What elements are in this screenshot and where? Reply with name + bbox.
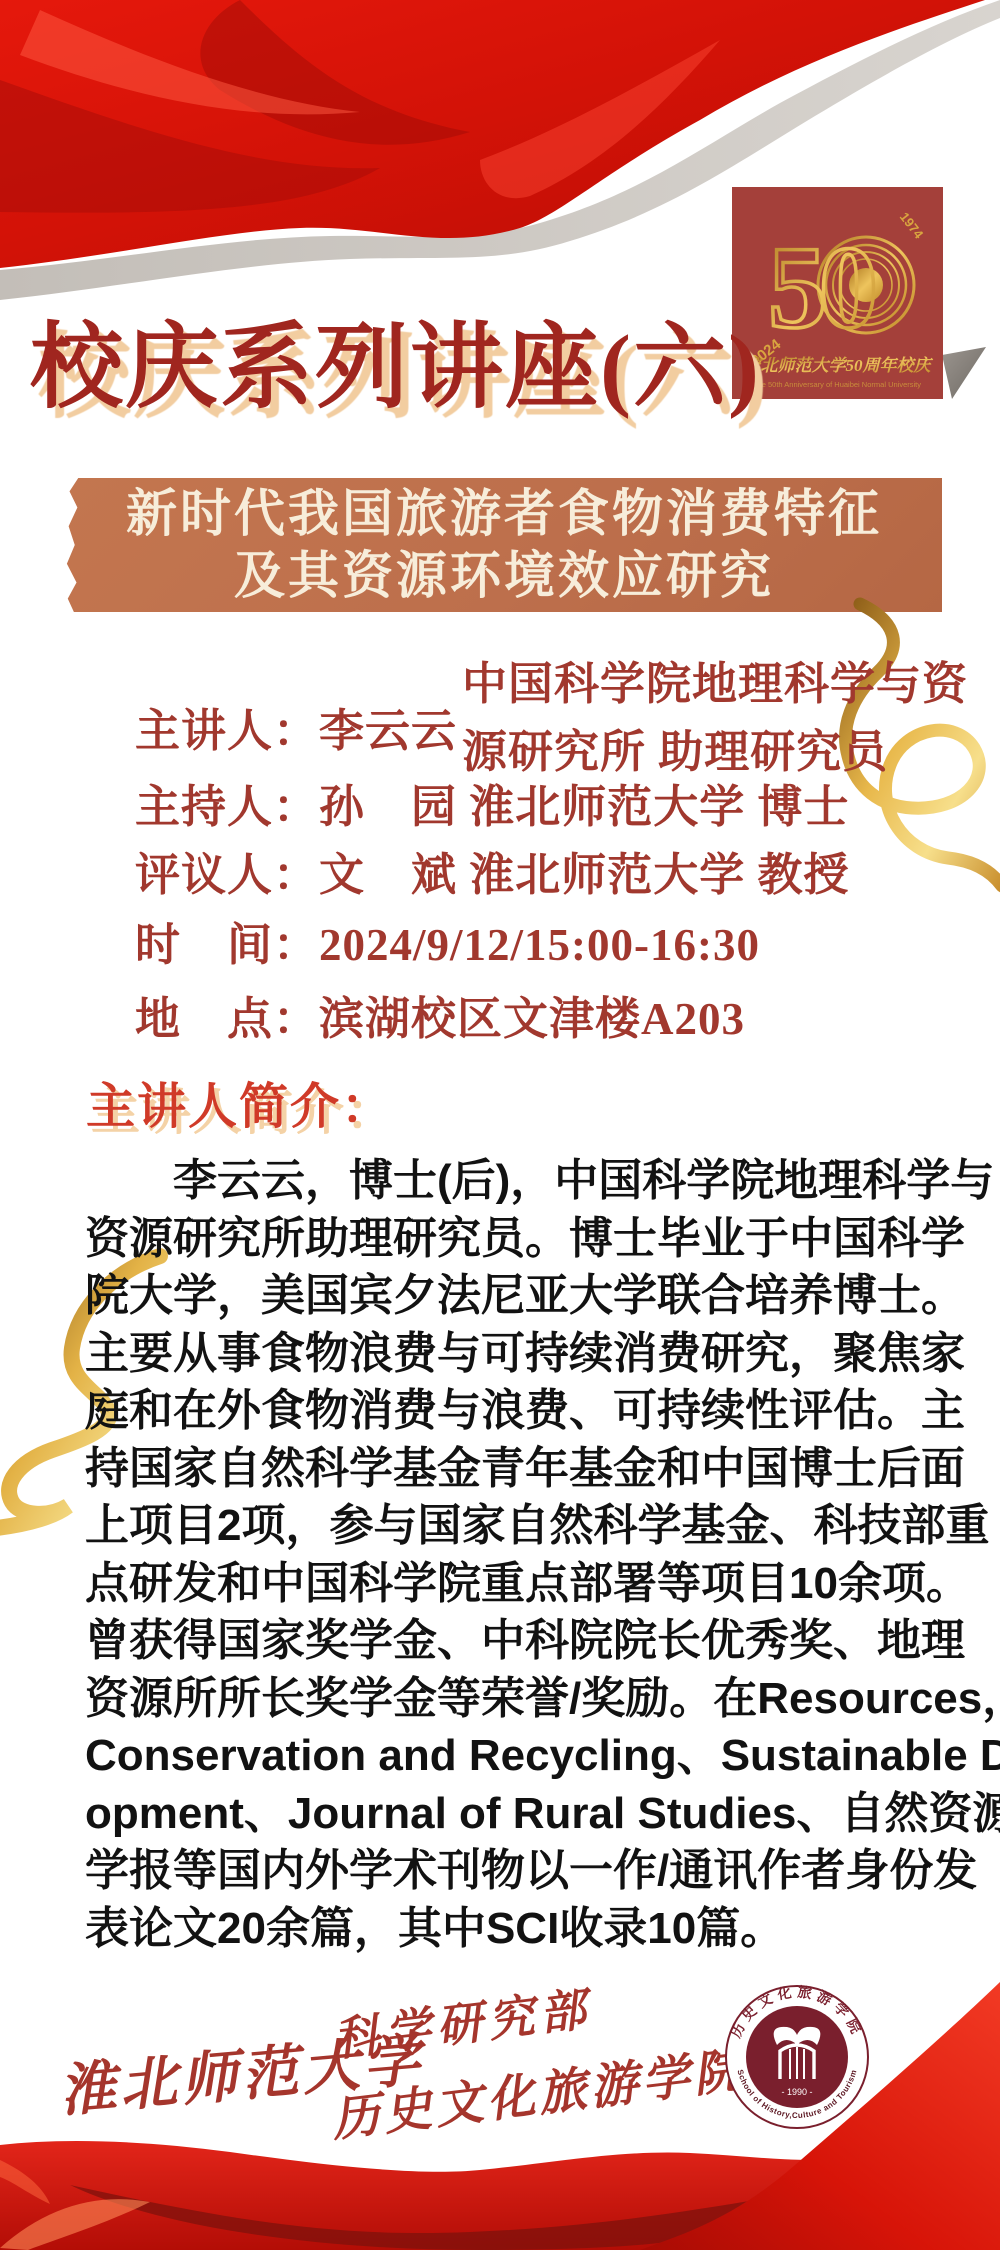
lecture-poster: 50 2024 1974 淮北师范大学50周年校庆 The 50th Anniv… <box>0 0 1000 2250</box>
lecture-title-box: 新时代我国旅游者食物消费特征 及其资源环境效应研究 <box>66 478 942 612</box>
bio-line-2: 资源研究所助理研究员。博士毕业于中国科学 <box>85 1210 970 1268</box>
series-title: 校庆系列讲座(六) <box>30 292 730 426</box>
speaker-row: 主讲人：李云云 <box>135 694 457 759</box>
bio-line-3: 院大学，美国宾夕法尼亚大学联合培养博士。 <box>85 1267 970 1325</box>
lecture-title-line2: 及其资源环境效应研究 <box>234 545 774 607</box>
speaker-label: 主讲人： <box>135 694 319 759</box>
host-name: 孙 园 <box>319 782 457 832</box>
host-affiliation: 淮北师范大学 博士 <box>469 782 849 832</box>
bio-line-8: 点研发和中国科学院重点部署等项目10余项。 <box>85 1555 970 1613</box>
lecture-title-line1: 新时代我国旅游者食物消费特征 <box>126 483 882 545</box>
reviewer-affiliation: 淮北师范大学 教授 <box>469 850 849 900</box>
bio-line-13: 学报等国内外学术刊物以一作/通讯作者身份发 <box>85 1842 970 1900</box>
bio-line-9: 曾获得国家奖学金、中科院院长优秀奖、地理 <box>85 1612 970 1670</box>
reviewer-name: 文 斌 <box>319 850 457 900</box>
host-row: 主持人：孙 园 淮北师范大学 博士 <box>135 770 850 835</box>
time-value: 2024/9/12/15:00-16:30 <box>319 920 760 970</box>
anniversary-logo-art: 50 2024 1974 淮北师范大学50周年校庆 The 50th Anniv… <box>728 185 988 417</box>
venue-label: 地 点： <box>135 982 319 1047</box>
venue-value: 滨湖校区文津楼A203 <box>319 994 745 1044</box>
bio-line-4: 主要从事食物浪费与可持续消费研究，聚焦家 <box>85 1325 970 1383</box>
time-row: 时 间：2024/9/12/15:00-16:30 <box>135 908 760 973</box>
bio-paragraph: 李云云，博士(后)，中国科学院地理科学与资源研究所助理研究员。博士毕业于中国科学… <box>85 1152 970 1957</box>
bio-line-10: 资源所所长奖学金等荣誉/奖励。在Resources， <box>85 1670 970 1728</box>
bottom-red-ribbon-decoration <box>0 1980 1000 2250</box>
reviewer-row: 评议人：文 斌 淮北师范大学 教授 <box>135 838 850 903</box>
bio-line-14: 表论文20余篇，其中SCI收录10篇。 <box>85 1900 970 1958</box>
logo-folded-corner <box>942 347 986 399</box>
logo-number: 50 <box>768 222 874 353</box>
venue-row: 地 点：滨湖校区文津楼A203 <box>135 982 745 1047</box>
host-label: 主持人： <box>135 770 319 835</box>
bio-line-11: Conservation and Recycling、Sustainable D… <box>85 1727 970 1785</box>
speaker-name: 李云云 <box>319 706 457 756</box>
bio-line-6: 持国家自然科学基金青年基金和中国博士后面 <box>85 1440 970 1498</box>
bio-line-7: 上项目2项，参与国家自然科学基金、科技部重 <box>85 1497 970 1555</box>
anniversary-logo: 50 2024 1974 淮北师范大学50周年校庆 The 50th Anniv… <box>728 185 988 417</box>
logo-name-cn: 淮北师范大学50周年校庆 <box>744 356 934 375</box>
bio-line-1: 李云云，博士(后)，中国科学院地理科学与 <box>85 1152 970 1210</box>
logo-name-en: The 50th Anniversary of Huaibei Normal U… <box>753 380 921 389</box>
time-label: 时 间： <box>135 908 319 973</box>
reviewer-label: 评议人： <box>135 838 319 903</box>
speaker-affiliation-line1: 中国科学院地理科学与资 <box>462 650 968 718</box>
speaker-affiliation: 中国科学院地理科学与资 源研究所 助理研究员 <box>462 650 968 786</box>
bio-line-5: 庭和在外食物消费与浪费、可持续性评估。主 <box>85 1382 970 1440</box>
bio-line-12: opment、Journal of Rural Studies、自然资源 <box>85 1785 970 1843</box>
bio-heading: 主讲人简介： <box>86 1068 392 1138</box>
